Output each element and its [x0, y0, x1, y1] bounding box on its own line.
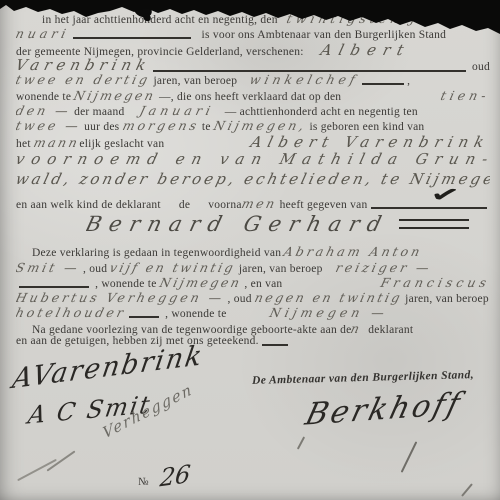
handwritten-text: morgens — [121, 118, 201, 133]
document-line: den — der maand Januari — achttienhonder… — [16, 103, 490, 118]
printed-text: — achttienhonderd acht en negentig ten — [222, 106, 418, 118]
handwritten-text: Nijmegen — [158, 275, 243, 290]
spacer — [190, 207, 208, 208]
printed-text: jaren, van beroep — [236, 263, 326, 275]
handwritten-text: men — [240, 196, 279, 211]
pen-stroke — [401, 441, 418, 472]
fill-rule — [129, 307, 159, 318]
handwritten-text: Franciscus — [379, 275, 490, 290]
printed-text: , — [407, 75, 410, 87]
document-line: voornoemd en van Mathilda Grun- — [16, 150, 490, 168]
pen-stroke — [17, 459, 57, 481]
document-line: en aan de getuigen, hebben zij met ons g… — [16, 335, 490, 348]
document-line: , wonende te Nijmegen , en van Franciscu… — [16, 275, 490, 290]
handwritten-text: Abraham Anton — [282, 244, 424, 259]
printed-text: heeft gegeven van — [276, 199, 367, 211]
document-line: Bernard Gerhard — [86, 212, 490, 236]
printed-text: —, die ons heeft verklaard dat op den — [156, 91, 345, 103]
printed-text: en aan welk kind de deklarant — [16, 199, 161, 211]
printed-text: , oud — [224, 293, 255, 305]
spacer — [214, 114, 222, 115]
act-number-value: 26 — [159, 460, 192, 493]
handwritten-text: twee — — [16, 118, 83, 133]
registrar-signature: Berkhoff — [302, 386, 466, 433]
spacer — [230, 316, 270, 317]
printed-text: Deze verklaring is gedaan in tegenwoordi… — [32, 247, 284, 259]
handwritten-text: negen en twintig — [253, 290, 404, 305]
document-line: Deze verklaring is gedaan in tegenwoordi… — [32, 244, 490, 259]
printed-text: de — [179, 199, 190, 211]
document-line: hotelhouder , wonende te Nijmegen — — [16, 305, 490, 320]
handwritten-text: Smit — — [16, 260, 82, 275]
printed-text: jaren, van beroep — [402, 293, 489, 305]
handwritten-text: Nijmegen, — [212, 118, 308, 133]
printed-text: , wonende te — [92, 278, 160, 290]
fill-rule — [153, 61, 465, 72]
handwritten-text: reiziger — — [334, 260, 434, 275]
pen-checkmark: ✓ — [428, 180, 463, 210]
printed-text: is geboren een kind van — [306, 121, 424, 133]
pen-stroke — [297, 436, 305, 449]
handwritten-text: hotelhouder — [16, 305, 128, 320]
handwritten-text: wald, zonder beroep, echtelieden, te Nij… — [16, 170, 490, 188]
printed-text: der maand — [71, 106, 128, 118]
document-line: en aan welk kind de deklarantdevoornamen… — [16, 196, 490, 211]
spacer — [167, 146, 251, 147]
act-number-label: № — [138, 476, 149, 488]
handwritten-text: twee en dertig — [16, 72, 152, 87]
printed-text: voorna — [208, 199, 241, 211]
handwritten-text: Nijmegen — [72, 88, 157, 103]
spacer — [161, 207, 179, 208]
printed-text: , oud — [80, 263, 111, 275]
handwritten-text: voornoemd en van Mathilda Grun- — [16, 150, 490, 168]
handwritten-text: Hubertus Verheggen — — [16, 290, 226, 305]
handwritten-text: den — — [16, 103, 73, 118]
printed-text: jaren, van beroep — [150, 75, 240, 87]
document-line: Hubertus Verheggen — , oud negen en twin… — [16, 290, 490, 305]
double-rule — [399, 219, 469, 229]
fill-rule — [362, 74, 404, 85]
printed-text: , wonende te — [162, 308, 230, 320]
spacer — [286, 286, 381, 287]
printed-text: , en van — [241, 278, 285, 290]
document-line: wonende te Nijmegen —, die ons heeft ver… — [16, 88, 490, 103]
printed-text: het — [16, 138, 34, 150]
handwritten-text: tien- — [439, 88, 490, 103]
registrar-title: De Ambtenaar van den Burgerlijken Stand, — [252, 369, 474, 387]
handwritten-text: Nijmegen — — [268, 305, 390, 320]
document-line: twee — uur des morgens te Nijmegen, is g… — [16, 118, 490, 133]
handwritten-text: winkelchef — [248, 72, 361, 87]
scanned-birth-record: in het jaar achttienhonderd acht en nege… — [0, 0, 500, 500]
document-line: het mannelijk geslacht van Albert Varenb… — [16, 133, 490, 151]
printed-text: uur des — [81, 121, 123, 133]
printed-text: elijk geslacht van — [79, 138, 167, 150]
handwritten-text: Januari — [138, 103, 216, 118]
spacer — [344, 99, 441, 100]
pen-stroke — [461, 483, 473, 497]
handwritten-text: mann — [32, 135, 81, 150]
document-line: twee en dertig jaren, van beroep winkelc… — [16, 72, 490, 87]
handwritten-text: Bernard Gerhard — [86, 212, 392, 236]
handwritten-text: Albert Varenbrink — [249, 133, 490, 151]
document-line: Smit — , oud vijf en twintig jaren, van … — [16, 260, 490, 275]
handwritten-text: vijf en twintig — [109, 260, 238, 275]
printed-text: wonende te — [16, 91, 74, 103]
fill-rule — [262, 335, 288, 346]
document-line: wald, zonder beroep, echtelieden, te Nij… — [16, 170, 490, 188]
printed-text: en aan de getuigen, hebben zij met ons g… — [16, 335, 259, 347]
torn-paper-edge — [0, 0, 500, 40]
fill-rule — [19, 277, 89, 288]
document-line: Na gedane voorlezing van de tegenwoordig… — [32, 321, 490, 336]
